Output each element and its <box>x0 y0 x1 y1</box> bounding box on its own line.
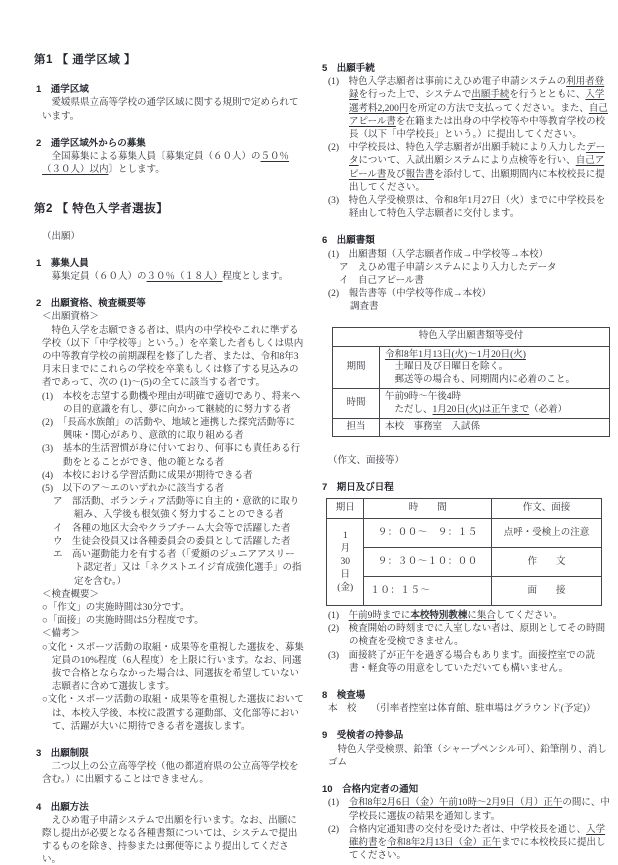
heading-documents: 6 出願書類 <box>322 234 612 247</box>
recruit-number-text: 募集定員（６０人）の３０％（１８人）程度とします。 <box>42 271 304 284</box>
reception-period-value: 令和8年1月13日(火)～1月20日(火) 土曜日及び日曜日を除く。 郵送等の場… <box>380 346 610 389</box>
schedule-subject-3: 面 接 <box>492 577 602 606</box>
qualification-item-4: (4) 本校における学習活動に成果が期待できる者 <box>42 470 304 483</box>
heading-exam-site: 8 検査場 <box>322 689 612 702</box>
notification-item-2: (2) 合格内定通知書の交付を受けた者は、中学校長を通じ、入学確約書を令和8年2… <box>328 824 612 864</box>
reception-staff-label: 担当 <box>333 419 380 437</box>
table-row: 期間 令和8年1月13日(火)～1月20日(火) 土曜日及び日曜日を除く。 郵送… <box>333 346 610 389</box>
section1-heading: 第1 【 通学区域 】 <box>34 54 304 67</box>
procedure-item-3: (3) 特色入学受検票は、令和8年1月27日（火）までに中学校長を経由して特色入… <box>328 195 612 221</box>
schedule-note-1: (1) 午前9時までに本校特別教棟に集合してください。 <box>328 609 612 623</box>
reception-hours-label: 時間 <box>333 389 380 419</box>
application-limit-text: 二つ以上の公立高等学校（他の都道府県の公立高等学校を含む。）に出願することはでき… <box>42 761 304 787</box>
qualification-item-2: (2) 「長高水族館」の活動や、地域と連携した探究活動等に興味・関心があり、意欲… <box>42 417 304 443</box>
schedule-date: 1 月 30 日 (金) <box>327 519 364 606</box>
application-label: （出願） <box>42 231 304 244</box>
schedule-time-3: １０：１５～ <box>364 577 492 606</box>
procedure-item-1: (1) 特色入学志願者は事前にえひめ電子申請システムの利用者登録を行った上で、シ… <box>328 76 612 142</box>
qualification-intro: 特色入学を志願できる者は、県内の中学校やこれに準ずる学校（以下「中学校等」という… <box>42 325 304 391</box>
right-column: 5 出願手続 (1) 特色入学志願者は事前にえひめ電子申請システムの利用者登録を… <box>320 50 612 865</box>
qualification-item-3: (3) 基本的生活習慣が身に付いており、何事にも責任ある行動をとることができ、他… <box>42 443 304 469</box>
schedule-header-date: 期日 <box>327 499 364 519</box>
application-method-text: えひめ電子申請システムで出願を行います。なお、出願に際し提出が必要となる各種書類… <box>42 815 304 865</box>
remarks-item-1: ○文化・スポーツ活動の取組・成果等を重視した選抜を、募集定員の10%程度（6人程… <box>42 642 304 695</box>
schedule-subject-2: 作 文 <box>492 548 602 577</box>
heading-recruit-number: 1 募集人員 <box>36 257 304 270</box>
school-district-text: 愛媛県県立高等学校の通学区域に関する規則で定められています。 <box>42 97 304 123</box>
application-reception-table: 特色入学出願書類等受付 期間 令和8年1月13日(火)～1月20日(火) 土曜日… <box>332 327 610 437</box>
qualification-item-5c: ウ 生徒会役員又は各種委員会の委員として活躍した者 <box>42 536 304 549</box>
qualification-item-5d: エ 高い運動能力を有する者（「愛顔のジュニアアスリート認定者」又は「ネクストエイ… <box>42 549 304 589</box>
remarks-label: ＜備考＞ <box>42 628 304 641</box>
schedule-header-row: 期日 時 間 作文、面接 <box>327 499 602 519</box>
exam-outline-label: ＜検査概要＞ <box>42 589 304 602</box>
section2-heading: 第2 【 特色入学者選抜】 <box>34 203 304 216</box>
qualification-item-1: (1) 本校を志望する動機や理由が明確で適切であり、将来への目的意識を有し、夢に… <box>42 391 304 417</box>
reception-hours-value: 午前9時～午後4時 ただし、1月20日(火)は正午まで（必着） <box>380 389 610 419</box>
documents-item-1: (1) 出願書類（入学志願者作成→中学校等→本校） <box>328 249 612 262</box>
qualification-label: ＜出願資格＞ <box>42 311 304 324</box>
heading-notification: 10 合格内定者の通知 <box>322 783 612 796</box>
schedule-row-3: １０：１５～ 面 接 <box>327 577 602 606</box>
reception-staff-value: 本校 事務室 入試係 <box>380 419 610 437</box>
schedule-time-2: ９：３０～１０：００ <box>364 548 492 577</box>
heading-belongings: 9 受検者の持参品 <box>322 729 612 742</box>
documents-item-2: (2) 報告書等（中学校等作成→本校） <box>328 288 612 301</box>
essay-interview-label: （作文、面接等） <box>328 455 612 468</box>
remarks-item-2: ○文化・スポーツ活動の取組・成果等を重視した選抜においては、本校入学後、本校に設… <box>42 694 304 734</box>
schedule-subject-1: 点呼・受検上の注意 <box>492 519 602 548</box>
schedule-time-1: ９：００～ ９：１５ <box>364 519 492 548</box>
heading-procedure: 5 出願手続 <box>322 62 612 75</box>
schedule-header-subject: 作文、面接 <box>492 499 602 519</box>
procedure-item-2: (2) 中学校長は、特色入学志願者が出願手続により入力したデータについて、入試出… <box>328 142 612 195</box>
qualification-item-5a: ア 部活動、ボランティア活動等に自主的・意欲的に取り組み、入学後も根気強く努力す… <box>42 496 304 522</box>
heading-application-limit: 3 出願制限 <box>36 747 304 760</box>
heading-school-district: 1 通学区域 <box>36 83 304 96</box>
table-row: 時間 午前9時～午後4時 ただし、1月20日(火)は正午まで（必着） <box>333 389 610 419</box>
schedule-row-2: ９：３０～１０：００ 作 文 <box>327 548 602 577</box>
heading-out-of-district: 2 通学区域外からの募集 <box>36 137 304 150</box>
schedule-header-time: 時 間 <box>364 499 492 519</box>
qualification-item-5: (5) 以下のア～エのいずれかに該当する者 <box>42 483 304 496</box>
schedule-note-3: (3) 面接終了が正午を過ぎる場合もあります。面接控室での読書・軽食等の用意をし… <box>328 650 612 676</box>
documents-chosasho: 調査書 <box>350 301 612 314</box>
heading-qualification: 2 出願資格、検査概要等 <box>36 297 304 310</box>
notification-item-1: (1) 令和8年2月6日（金）午前10時～2月9日（月）正午の間に、中学校長に選… <box>328 797 612 823</box>
documents-item-1b: イ 自己アピール書 <box>328 275 612 288</box>
reception-table-title: 特色入学出願書類等受付 <box>333 327 610 346</box>
table-row: 担当 本校 事務室 入試係 <box>333 419 610 437</box>
documents-item-1a: ア えひめ電子申請システムにより入力したデータ <box>328 262 612 275</box>
reception-period-label: 期間 <box>333 346 380 389</box>
exam-outline-interview: ○「面接」の実施時間は5分程度です。 <box>42 615 304 628</box>
schedule-table: 期日 時 間 作文、面接 1 月 30 日 (金) ９：００～ ９：１５ 点呼・… <box>326 498 602 606</box>
exam-site-text: 本 校 （引率者控室は体育館、駐車場はグラウンド(予定)） <box>328 703 612 716</box>
heading-application-method: 4 出願方法 <box>36 801 304 814</box>
qualification-item-5b: イ 各種の地区大会やクラブチーム大会等で活躍した者 <box>42 523 304 536</box>
belongings-text: 特色入学受検票、鉛筆（シャープペンシル可）、鉛筆削り、消しゴム <box>328 744 612 770</box>
left-column: 第1 【 通学区域 】 1 通学区域 愛媛県県立高等学校の通学区域に関する規則で… <box>34 50 304 865</box>
heading-schedule: 7 期日及び日程 <box>322 481 612 494</box>
out-of-district-text: 全国募集による募集人員〔募集定員（６０人）の５０％（３０人）以内〕とします。 <box>42 151 304 177</box>
schedule-row-1: 1 月 30 日 (金) ９：００～ ９：１５ 点呼・受検上の注意 <box>327 519 602 548</box>
schedule-note-2: (2) 検査開始の時刻までに入室しない者は、原則としてその時間の検査を受検できま… <box>328 623 612 649</box>
exam-outline-essay: ○「作文」の実施時間は30分です。 <box>42 602 304 615</box>
admission-guidelines-document: 第1 【 通学区域 】 1 通学区域 愛媛県県立高等学校の通学区域に関する規則で… <box>0 0 618 865</box>
